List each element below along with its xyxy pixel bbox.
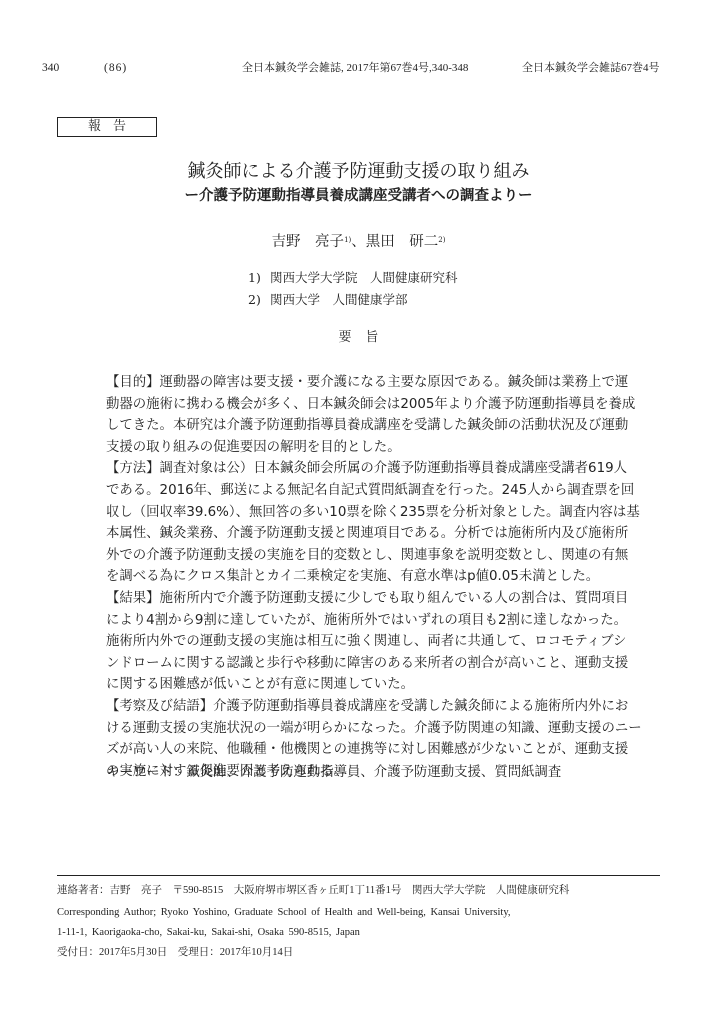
contact-author-line: 連絡著者：吉野 亮子 〒590-8515 大阪府堺市堺区香ヶ丘町1丁11番1号 …	[57, 884, 569, 898]
journal-short-title: 全日本鍼灸学会雑誌67巻4号	[522, 60, 660, 76]
affiliation: 2)関西大学 人間健康学部	[248, 291, 408, 309]
affiliation: 1)関西大学大学院 人間健康研究科	[248, 269, 458, 287]
affiliation-mark: 2)	[438, 236, 445, 244]
footer-divider	[57, 875, 660, 876]
abstract-line: 【目的】運動器の障害は要支援・要介護になる主要な原因である。鍼灸師は業務上で運	[106, 372, 610, 394]
abstract-line: 【方法】調査対象は公）日本鍼灸師会所属の介護予防運動指導員養成講座受講者619人	[106, 458, 610, 480]
corresponding-author-line: Corresponding Author; Ryoko Yoshino, Gra…	[57, 906, 511, 920]
keywords-text: 鍼灸師、介護予防運動指導員、介護予防運動支援、質問紙調査	[186, 765, 561, 780]
article-subtitle: ー介護予防運動指導員養成講座受講者への調査よりー	[0, 186, 717, 206]
keywords: キーワード：鍼灸師、介護予防運動指導員、介護予防運動支援、質問紙調査	[106, 763, 561, 783]
affiliation-text: 関西大学 人間健康学部	[270, 292, 408, 307]
article-title: 鍼灸師による介護予防運動支援の取り組み	[0, 160, 717, 184]
author-list: 吉野 亮子1)、黒田 研二2)	[0, 232, 717, 252]
affiliation-mark: 1)	[344, 236, 351, 244]
abstract-body: 【目的】運動器の障害は要支援・要介護になる主要な原因である。鍼灸師は業務上で運 …	[106, 372, 610, 782]
page-number: 340	[42, 60, 59, 76]
abstract-line: 本属性、鍼灸業務、介護予防運動支援と関連項目である。分析では施術所内及び施術所	[106, 523, 610, 545]
abstract-line: により4割から9割に達していたが、施術所外ではいずれの項目も2割に達しなかった。	[106, 610, 610, 632]
keywords-label: キーワード：	[106, 765, 186, 780]
abstract-line: ンドロームに関する認識と歩行や移動に障害のある来所者の割合が高いこと、運動支援	[106, 653, 610, 675]
abstract-line: してきた。本研究は介護予防運動指導員養成講座を受講した鍼灸師の活動状況及び運動	[106, 415, 610, 437]
journal-citation: 全日本鍼灸学会雑誌, 2017年第67巻4号,340-348	[242, 60, 468, 76]
article-type-label: 報告	[57, 117, 157, 137]
abstract-line: 【結果】施術所内で介護予防運動支援に少しでも取り組んでいる人の割合は、質問項目	[106, 588, 610, 610]
abstract-line: ける運動支援の実施状況の一端が明らかになった。介護予防関連の知識、運動支援のニー	[106, 718, 610, 740]
author-separator: 、	[351, 234, 366, 250]
received-accepted-dates: 受付日：2017年5月30日 受理日：2017年10月14日	[57, 946, 293, 960]
abstract-line: ズが高い人の来院、他職種・他機関との連携等に対し困難感が少ないことが、運動支援	[106, 739, 610, 761]
author-name: 黒田 研二	[366, 234, 439, 250]
corresponding-address-line: 1-11-1, Kaorigaoka-cho, Sakai-ku, Sakai-…	[57, 926, 360, 940]
abstract-line: 外での介護予防運動支援の実施を目的変数とし、関連事象を説明変数とし、関連の有無	[106, 545, 610, 567]
sub-page-number: (86)	[104, 60, 127, 76]
abstract-line: 施術所内外での運動支援の実施は相互に強く関連し、両者に共通して、ロコモティブシ	[106, 631, 610, 653]
author-name: 吉野 亮子	[272, 234, 345, 250]
affiliation-text: 関西大学大学院 人間健康研究科	[270, 270, 458, 285]
abstract-line: である。2016年、郵送による無記名自記式質問紙調査を行った。245人から調査票…	[106, 480, 610, 502]
abstract-line: 動器の施術に携わる機会が多く、日本鍼灸師会は2005年より介護予防運動指導員を養…	[106, 394, 610, 416]
abstract-heading: 要旨	[0, 329, 717, 347]
affiliation-number: 2)	[248, 291, 270, 309]
abstract-line: 【考察及び結語】介護予防運動指導員養成講座を受講した鍼灸師による施術所内外にお	[106, 696, 610, 718]
abstract-line: に関する困難感が低いことが有意に関連していた。	[106, 674, 610, 696]
abstract-line: を調べる為にクロス集計とカイ二乗検定を実施、有意水準はp値0.05未満とした。	[106, 566, 610, 588]
abstract-line: 支援の取り組みの促進要因の解明を目的とした。	[106, 437, 610, 459]
abstract-line: 収し（回収率39.6%）、無回答の多い10票を除く235票を分析対象とした。調査…	[106, 502, 610, 524]
affiliation-number: 1)	[248, 269, 270, 287]
